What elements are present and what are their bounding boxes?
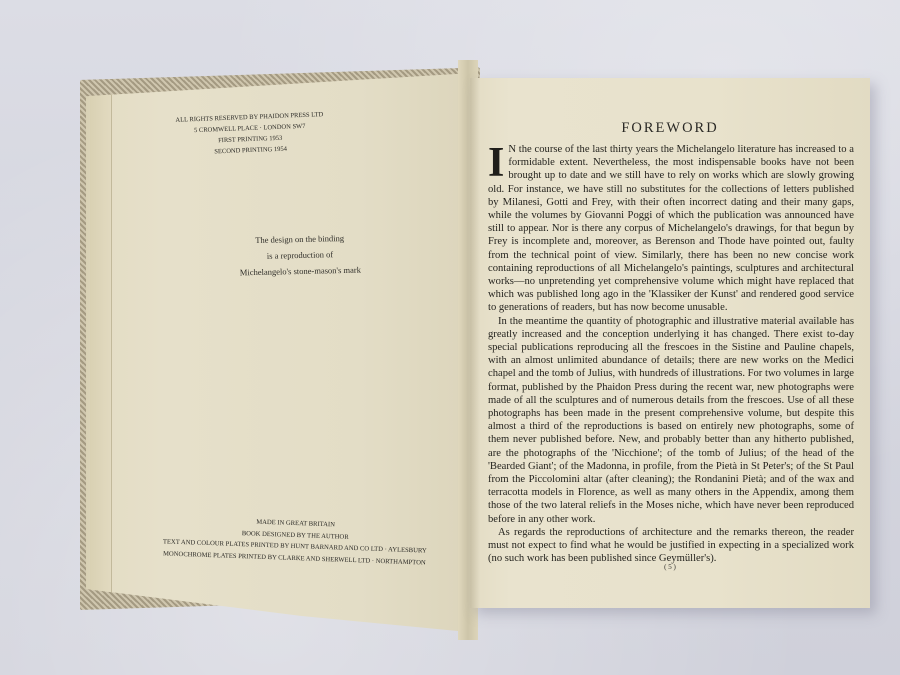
page-stack-edge bbox=[90, 94, 112, 595]
page-title: FOREWORD bbox=[470, 120, 870, 137]
foreword-body: IN the course of the last thirty years t… bbox=[488, 143, 854, 566]
paragraph: IN the course of the last thirty years t… bbox=[488, 143, 854, 315]
page-number: ( 5 ) bbox=[470, 563, 870, 571]
paragraph: In the meantime the quantity of photogra… bbox=[488, 315, 854, 526]
paragraph-text: N the course of the last thirty years th… bbox=[488, 144, 854, 313]
right-page: FOREWORD IN the course of the last thirt… bbox=[470, 78, 870, 608]
drop-cap: I bbox=[488, 145, 508, 181]
paragraph: As regards the reproductions of architec… bbox=[488, 526, 854, 566]
binding-note: The design on the binding is a reproduct… bbox=[199, 229, 400, 282]
